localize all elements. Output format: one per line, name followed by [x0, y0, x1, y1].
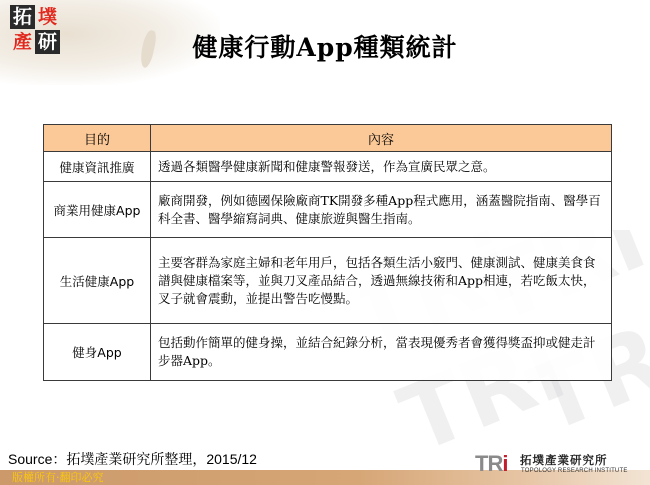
purpose-cell: 商業用健康App — [44, 182, 151, 238]
brand-name-english: TOPOLOGY RESEARCH INSTITUTE — [521, 468, 628, 474]
table-header-row: 目的 內容 — [44, 125, 612, 152]
content-cell: 包括動作簡單的健身操，並結合紀錄分析，當表現優秀者會獲得獎盃抑或健走計步器App… — [151, 324, 612, 381]
tri-mark-i: i — [502, 451, 507, 476]
slide-title: 健康行動App種類統計 — [0, 28, 650, 64]
source-note: Source：拓墣產業研究所整理，2015/12 — [8, 449, 257, 469]
column-header-content: 內容 — [151, 125, 612, 152]
copyright-text: 版權所有‧翻印必究 — [12, 470, 104, 485]
purpose-cell: 健身App — [44, 324, 151, 381]
purpose-cell: 健康資訊推廣 — [44, 152, 151, 182]
content-cell: 主要客群為家庭主婦和老年用戶，包括各類生活小竅門、健康測試、健康美食食譜與健康檔… — [151, 238, 612, 324]
table-row: 商業用健康App 廠商開發，例如德國保險廠商TK開發多種App程式應用，涵蓋醫院… — [44, 182, 612, 238]
brand-name-chinese: 拓墣產業研究所 — [520, 452, 608, 468]
app-category-table: 目的 內容 健康資訊推廣 透過各類醫學健康新聞和健康警報發送，作為宣廣民眾之意。… — [43, 124, 612, 381]
table-row: 健康資訊推廣 透過各類醫學健康新聞和健康警報發送，作為宣廣民眾之意。 — [44, 152, 612, 182]
purpose-cell: 生活健康App — [44, 238, 151, 324]
tri-brand-logo: TRi 拓墣產業研究所 TOPOLOGY RESEARCH INSTITUTE — [475, 450, 645, 480]
content-cell: 廠商開發，例如德國保險廠商TK開發多種App程式應用，涵蓋醫院指南、醫學百科全書… — [151, 182, 612, 238]
logo-char: 拓 — [10, 5, 35, 29]
tri-mark-text: TR — [475, 451, 502, 476]
table-row: 健身App 包括動作簡單的健身操，並結合紀錄分析，當表現優秀者會獲得獎盃抑或健走… — [44, 324, 612, 381]
content-cell: 透過各類醫學健康新聞和健康警報發送，作為宣廣民眾之意。 — [151, 152, 612, 182]
column-header-purpose: 目的 — [44, 125, 151, 152]
table-row: 生活健康App 主要客群為家庭主婦和老年用戶，包括各類生活小竅門、健康測試、健康… — [44, 238, 612, 324]
logo-char: 墣 — [35, 5, 60, 29]
tri-logo-mark: TRi — [475, 453, 507, 475]
